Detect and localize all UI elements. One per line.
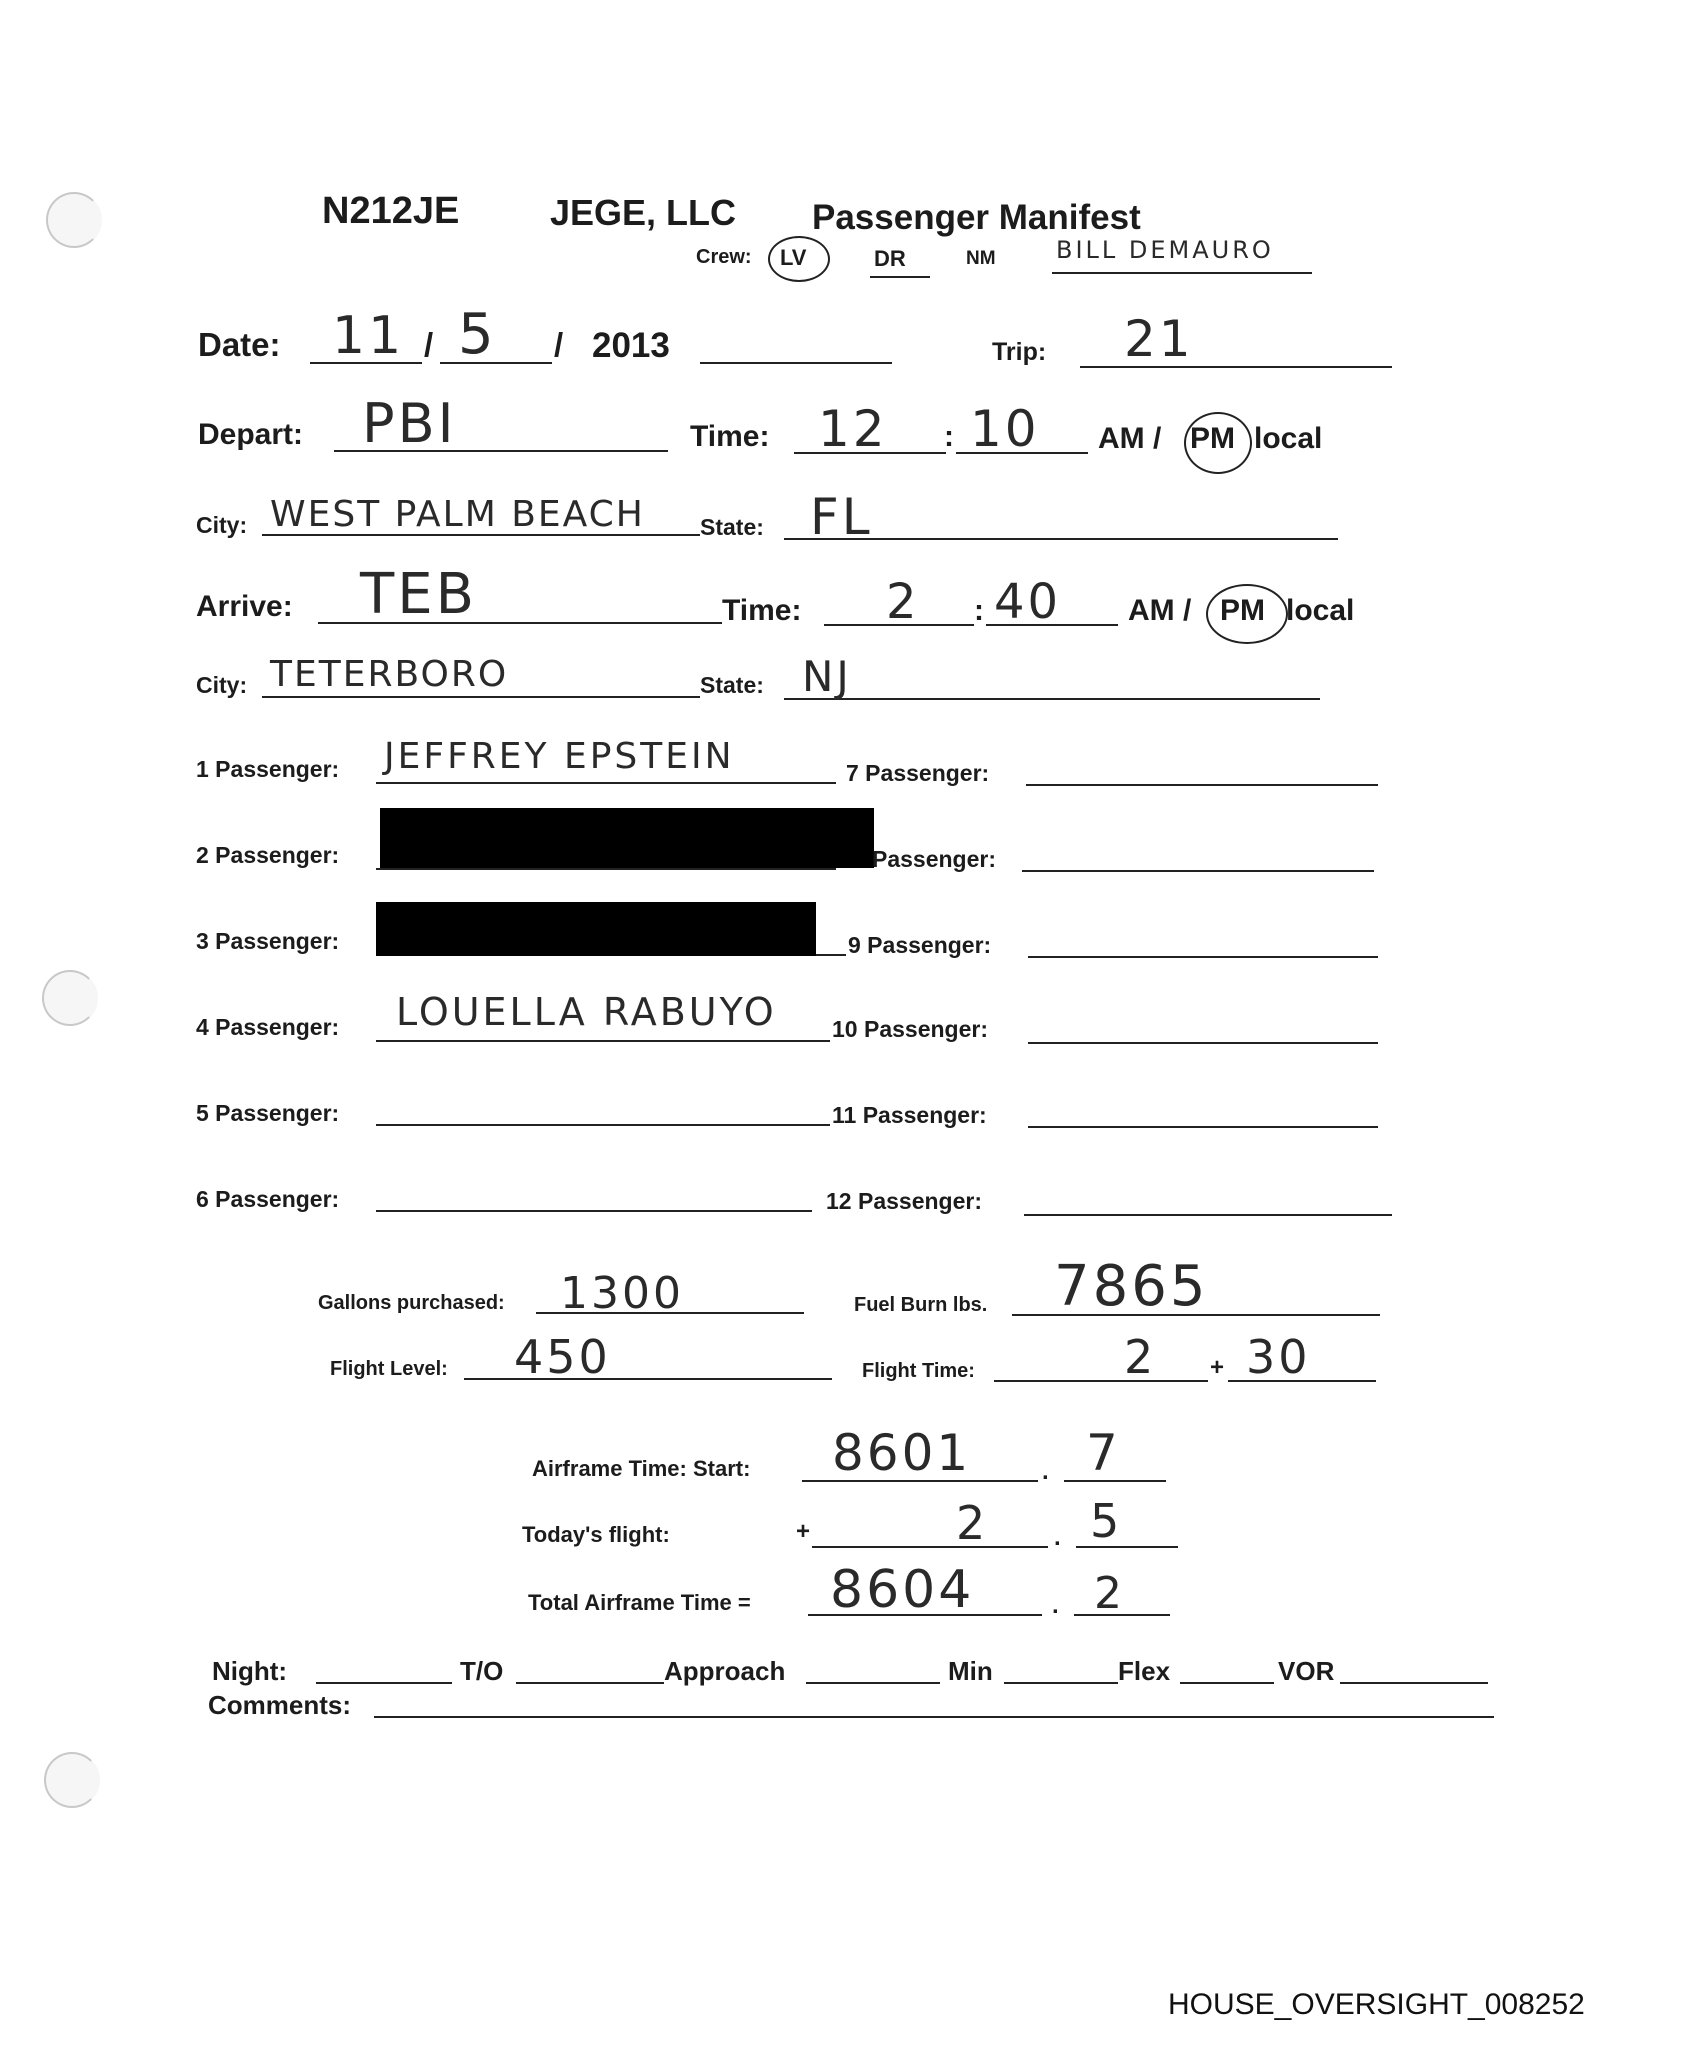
date-year-line (700, 362, 892, 364)
comments-label: Comments: (208, 1690, 351, 1721)
crew-label: Crew: (696, 246, 752, 269)
date-year: 2013 (592, 326, 670, 366)
airframe-start-dot: . (1042, 1458, 1049, 1486)
night-line (316, 1682, 452, 1684)
passenger-8-line (1022, 870, 1374, 872)
total-airframe-dot: . (1052, 1592, 1059, 1620)
passenger-6-label: 6 Passenger: (196, 1186, 339, 1213)
arrive-airport: TEB (360, 562, 477, 627)
to-label: T/O (460, 1656, 503, 1687)
total-airframe-whole: 8604 (830, 1560, 974, 1620)
arrive-hour: 2 (886, 574, 920, 630)
fuel-burn-label: Fuel Burn lbs. (854, 1294, 987, 1317)
fuel-burn-value: 7865 (1054, 1254, 1209, 1319)
arrive-label: Arrive: (196, 590, 293, 624)
depart-city: WEST PALM BEACH (270, 494, 645, 535)
company-name: JEGE, LLC (550, 192, 736, 234)
depart-time-label: Time: (690, 420, 769, 454)
total-airframe-decimal: 2 (1094, 1568, 1125, 1619)
form-title: Passenger Manifest (812, 198, 1141, 238)
date-month: 11 (332, 306, 404, 366)
crew-lv-circle (768, 236, 830, 282)
date-day: 5 (458, 302, 497, 367)
arrive-time-label: Time: (722, 594, 801, 628)
arrive-local: local (1286, 594, 1354, 628)
passenger-1-value: JEFFREY EPSTEIN (384, 736, 735, 777)
comments-line (374, 1716, 1494, 1718)
to-line (516, 1682, 664, 1684)
flight-time-hours-line (994, 1380, 1208, 1382)
passenger-4-value: LOUELLA RABUYO (396, 990, 777, 1034)
passenger-5-line (376, 1124, 830, 1126)
depart-hour: 12 (818, 400, 888, 458)
passenger-12-line (1024, 1214, 1392, 1216)
depart-state-label: State: (700, 514, 764, 541)
arrive-state: NJ (802, 652, 852, 701)
approach-line (806, 1682, 940, 1684)
depart-am: AM / (1098, 422, 1161, 456)
passenger-2-line (376, 868, 836, 870)
passenger-10-line (1028, 1042, 1378, 1044)
trip-label: Trip: (992, 338, 1046, 367)
passenger-1-label: 1 Passenger: (196, 756, 339, 783)
passenger-10-label: 10 Passenger: (832, 1016, 988, 1043)
passenger-7-label: 7 Passenger: (846, 760, 989, 787)
crew-dr-underline (870, 276, 930, 278)
todays-flight-dot: . (1054, 1524, 1061, 1552)
arrive-state-label: State: (700, 672, 764, 699)
arrive-pm-circle (1206, 584, 1288, 644)
airframe-start-whole: 8601 (832, 1424, 971, 1482)
crew-name-underline (1052, 272, 1312, 274)
arrive-am: AM / (1128, 594, 1191, 628)
passenger-9-line (1028, 956, 1378, 958)
flight-level-value: 450 (514, 1330, 611, 1384)
total-airframe-label: Total Airframe Time = (528, 1590, 751, 1616)
arrive-state-line (784, 698, 1320, 700)
crew-option-nm: NM (966, 248, 996, 270)
passenger-4-label: 4 Passenger: (196, 1014, 339, 1041)
passenger-11-label: 11 Passenger: (832, 1102, 987, 1129)
depart-pm-circle (1184, 412, 1252, 474)
binder-hole-bottom (44, 1752, 100, 1808)
passenger-3-label: 3 Passenger: (196, 928, 339, 955)
flight-time-minutes: 30 (1246, 1330, 1311, 1384)
arrive-city-label: City: (196, 672, 247, 699)
date-slash: / (554, 326, 563, 364)
tail-number: N212JE (322, 190, 459, 233)
passenger-1-line (376, 782, 836, 784)
passenger-11-line (1028, 1126, 1378, 1128)
passenger-8-label: Passenger: (872, 846, 996, 873)
passenger-4-line (376, 1040, 830, 1042)
depart-state: FL (810, 488, 873, 546)
gallons-value: 1300 (560, 1268, 684, 1319)
passenger-5-label: 5 Passenger: (196, 1100, 339, 1127)
min-line (1004, 1682, 1118, 1684)
approach-label: Approach (664, 1656, 785, 1687)
flex-line (1180, 1682, 1274, 1684)
passenger-9-label: 9 Passenger: (848, 932, 991, 959)
flight-time-plus: + (1210, 1354, 1224, 1382)
todays-flight-decimal: 5 (1090, 1494, 1122, 1548)
arrive-city-line (262, 696, 700, 698)
min-label: Min (948, 1656, 993, 1687)
passenger-6-line (376, 1210, 812, 1212)
passenger-2-redaction (380, 808, 874, 868)
depart-airport: PBI (362, 392, 457, 455)
crew-handwritten-name: BILL DEMAURO (1056, 236, 1274, 264)
airframe-start-decimal: 7 (1086, 1424, 1121, 1482)
passenger-3-redaction (376, 902, 816, 956)
passenger-12-label: 12 Passenger: (826, 1188, 982, 1215)
time-colon: : (974, 594, 984, 628)
flight-time-label: Flight Time: (862, 1360, 975, 1383)
trip-value: 21 (1124, 310, 1194, 368)
depart-city-label: City: (196, 512, 247, 539)
gallons-label: Gallons purchased: (318, 1292, 505, 1315)
bates-number: HOUSE_OVERSIGHT_008252 (1168, 1988, 1585, 2022)
date-slash: / (424, 326, 433, 364)
depart-minute: 10 (970, 400, 1040, 458)
depart-local: local (1254, 422, 1322, 456)
arrive-city: TETERBORO (270, 654, 508, 695)
flight-time-hours: 2 (1124, 1330, 1156, 1384)
flex-label: Flex (1118, 1656, 1170, 1687)
todays-flight-whole: 2 (956, 1496, 988, 1550)
date-label: Date: (198, 326, 281, 364)
airframe-start-label: Airframe Time: Start: (532, 1456, 750, 1482)
todays-flight-whole-line (812, 1546, 1048, 1548)
todays-flight-plus: + (796, 1518, 810, 1546)
night-label: Night: (212, 1656, 287, 1687)
passenger-2-label: 2 Passenger: (196, 842, 339, 869)
crew-option-dr: DR (874, 246, 906, 272)
time-colon: : (944, 420, 954, 454)
arrive-minute: 40 (994, 574, 1061, 630)
binder-hole-middle (42, 970, 98, 1026)
flight-level-label: Flight Level: (330, 1358, 448, 1381)
vor-line (1340, 1682, 1488, 1684)
passenger-7-line (1026, 784, 1378, 786)
depart-label: Depart: (198, 418, 303, 452)
binder-hole-top (46, 192, 102, 248)
todays-flight-label: Today's flight: (522, 1522, 670, 1548)
vor-label: VOR (1278, 1656, 1334, 1687)
